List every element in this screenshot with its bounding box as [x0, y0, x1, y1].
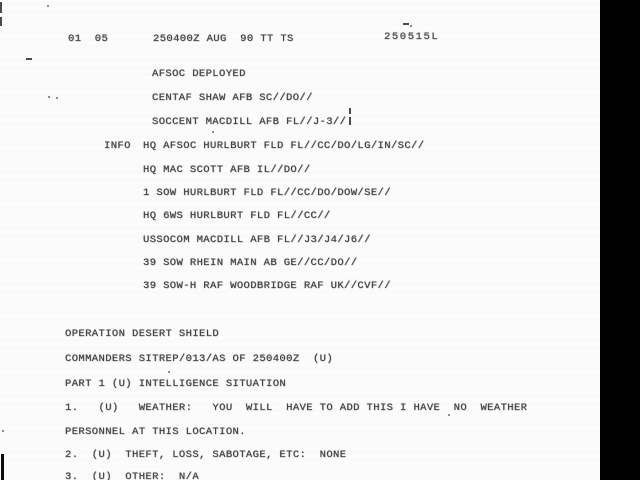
scan-edge-mark [1, 454, 4, 480]
scan-speck [212, 131, 214, 133]
item-3-line: 3. (U) OTHER: N/A [65, 471, 199, 480]
scan-speck [403, 23, 409, 25]
scan-speck [448, 414, 450, 416]
scan-speck [26, 58, 32, 60]
scanned-message-page: 01 05 250400Z AUG 90 TT TS 250515L AFSOC… [0, 0, 640, 480]
scan-speck [48, 96, 50, 98]
sitrep-line: COMMANDERS SITREP/013/AS OF 250400Z (U) [65, 353, 333, 365]
scan-speck [47, 5, 49, 7]
datetime-group: 250400Z AUG 90 TT TS [153, 33, 294, 45]
item-1-line-1: 1. (U) WEATHER: YOU WILL HAVE TO ADD THI… [65, 402, 527, 414]
scan-speck [2, 430, 4, 432]
item-2-line: 2. (U) THEFT, LOSS, SABOTAGE, ETC: NONE [65, 449, 346, 461]
to-line: SOCCENT MACDILL AFB FL//J-3// [152, 116, 346, 128]
info-line: 39 SOW RHEIN MAIN AB GE//CC/DO// [143, 257, 357, 269]
page-numbers: 01 05 [68, 33, 108, 45]
info-label: INFO [104, 140, 131, 152]
scanner-edge-bar [600, 0, 640, 480]
operation-title: OPERATION DESERT SHIELD [65, 328, 219, 340]
info-line: HQ 6WS HURLBURT FLD FL//CC// [143, 210, 331, 222]
info-line: HQ MAC SCOTT AFB IL//DO// [143, 164, 311, 176]
scan-speck [349, 108, 351, 114]
item-1-line-2: PERSONNEL AT THIS LOCATION. [65, 426, 246, 438]
scan-speck [0, 17, 2, 26]
info-line: HQ AFSOC HURLBURT FLD FL//CC/DO/LG/IN/SC… [143, 140, 424, 152]
received-stamp: 250515L [384, 31, 439, 43]
to-line: CENTAF SHAW AFB SC//DO// [152, 92, 313, 104]
scan-speck [410, 25, 412, 27]
scan-speck [56, 97, 58, 99]
subject-line: AFSOC DEPLOYED [152, 68, 246, 80]
scan-speck [349, 117, 351, 125]
scan-speck [0, 2, 2, 13]
scan-speck [168, 371, 170, 373]
info-line: 1 SOW HURLBURT FLD FL//CC/DO/DOW/SE// [143, 187, 391, 199]
info-line: USSOCOM MACDILL AFB FL//J3/J4/J6// [143, 234, 371, 246]
info-line: 39 SOW-H RAF WOODBRIDGE RAF UK//CVF// [143, 280, 391, 292]
part-heading: PART 1 (U) INTELLIGENCE SITUATION [65, 378, 286, 390]
